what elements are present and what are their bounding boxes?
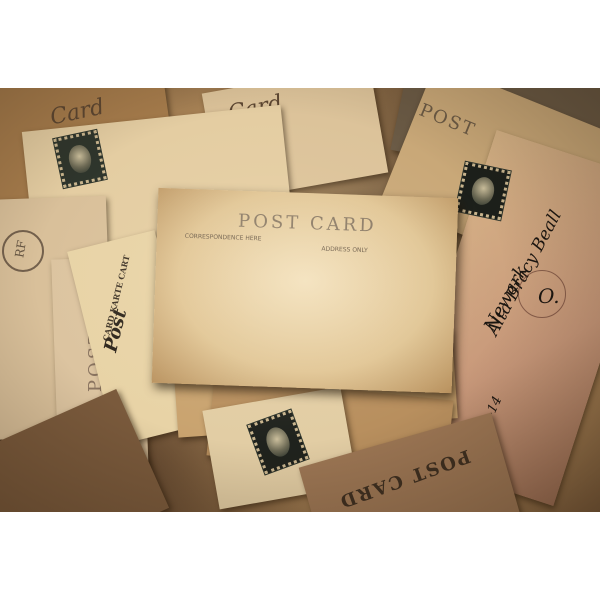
postcard-collage: Card Card POST RF POST CARD KARTE CART P… — [0, 88, 600, 512]
rf-postmark: RF — [2, 230, 44, 272]
rf-postmark-text: RF — [12, 239, 29, 259]
main-postcard: POST CARD CORRESPONDENCE HERE ADDRESS ON… — [152, 188, 459, 393]
main-postcard-right-caption: ADDRESS ONLY — [321, 246, 367, 255]
main-postcard-left-caption: CORRESPONDENCE HERE — [185, 233, 262, 243]
newark-postmark — [518, 270, 566, 318]
